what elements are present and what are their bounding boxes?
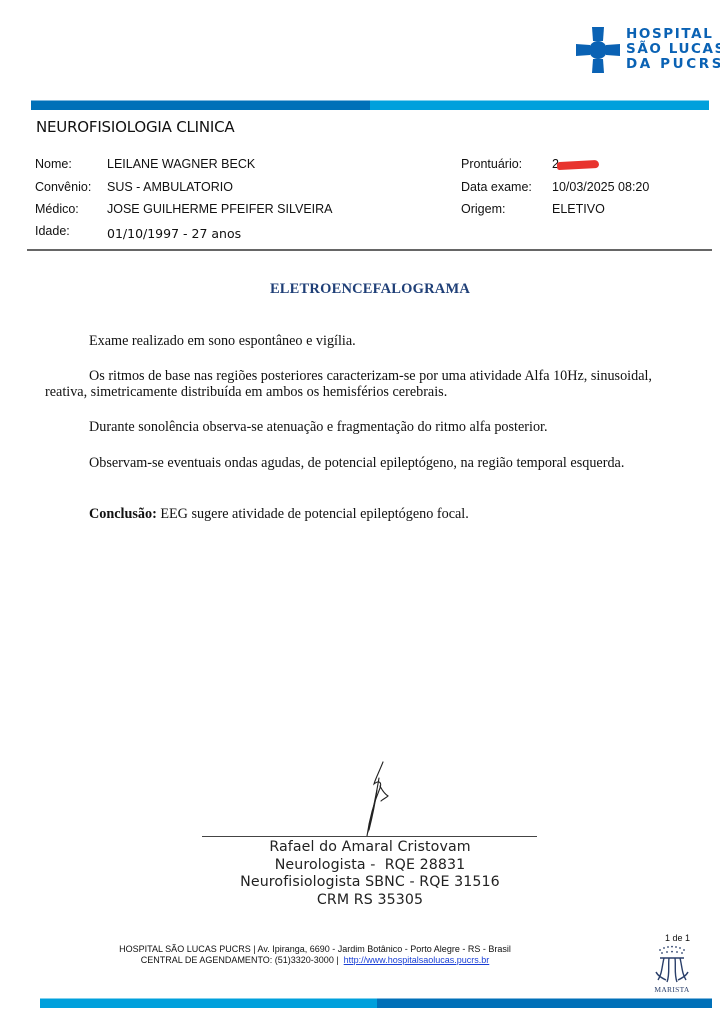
department-title: NEUROFISIOLOGIA CLINICA [36, 118, 234, 136]
hospital-logo: HOSPITAL SÃO LUCAS DA PUCRS [576, 27, 716, 75]
header-separator [27, 249, 712, 251]
idade-label: Idade: [35, 224, 70, 238]
signer-rqe-neurologist: Neurologista - RQE 28831 [190, 857, 550, 875]
idade-value: 01/10/1997 - 27 anos [107, 226, 241, 241]
footer-line-2: CENTRAL DE AGENDAMENTO: (51)3320-3000 | … [60, 955, 570, 966]
medico-label: Médico: [35, 202, 79, 216]
logo-line-3: DA PUCRS [626, 57, 720, 72]
marista-logo: MARISTA [640, 944, 704, 996]
signer-rqe-neurophysiologist: Neurofisiologista SBNC - RQE 31516 [190, 874, 550, 892]
paragraph-rhythm-line2: reativa, simetricamente distribuída em a… [45, 384, 447, 400]
medico-value: JOSE GUILHERME PFEIFER SILVEIRA [107, 202, 333, 216]
paragraph-drowsiness: Durante sonolência observa-se atenuação … [89, 419, 548, 435]
prontuario-label: Prontuário: [461, 157, 522, 171]
footer-address: HOSPITAL SÃO LUCAS PUCRS | Av. Ipiranga,… [60, 944, 570, 966]
conclusion: Conclusão: EEG sugere atividade de poten… [89, 506, 469, 522]
data-exame-label: Data exame: [461, 180, 532, 194]
footer-phone: CENTRAL DE AGENDAMENTO: (51)3320-3000 | [141, 955, 344, 965]
convenio-label: Convênio: [35, 180, 91, 194]
page-number: 1 de 1 [665, 933, 690, 943]
hospital-cross-icon [576, 27, 620, 73]
marista-label: MARISTA [640, 985, 704, 994]
signature-block: Rafael do Amaral Cristovam Neurologista … [190, 839, 550, 909]
header-bar-dark [31, 100, 370, 110]
signature-scribble-icon [355, 760, 405, 840]
report-title: ELETROENCEFALOGRAMA [0, 281, 720, 298]
data-exame-value: 10/03/2025 08:20 [552, 180, 649, 194]
footer-bar-light [40, 998, 377, 1008]
paragraph-sharp-waves: Observam-se eventuais ondas agudas, de p… [89, 455, 624, 471]
footer-bar-dark [377, 998, 712, 1008]
paragraph-rhythm-line1: Os ritmos de base nas regiões posteriore… [89, 368, 652, 384]
signer-name: Rafael do Amaral Cristovam [190, 839, 550, 857]
logo-line-1: HOSPITAL [626, 27, 720, 42]
logo-text: HOSPITAL SÃO LUCAS DA PUCRS [626, 27, 720, 72]
logo-line-2: SÃO LUCAS [626, 42, 720, 57]
prontuario-value: 2 [552, 157, 599, 171]
nome-value: LEILANE WAGNER BECK [107, 157, 255, 171]
redaction-mark [557, 160, 599, 170]
footer-line-1: HOSPITAL SÃO LUCAS PUCRS | Av. Ipiranga,… [60, 944, 570, 955]
convenio-value: SUS - AMBULATORIO [107, 180, 233, 194]
conclusion-text: EEG sugere atividade de potencial epilep… [157, 506, 469, 522]
nome-label: Nome: [35, 157, 72, 171]
paragraph-exam: Exame realizado em sono espontâneo e vig… [89, 333, 356, 349]
origem-label: Origem: [461, 202, 505, 216]
origem-value: ELETIVO [552, 202, 605, 216]
signature-line [202, 836, 537, 837]
conclusion-label: Conclusão: [89, 506, 157, 522]
header-bar-light [370, 100, 709, 110]
signer-crm: CRM RS 35305 [190, 892, 550, 910]
marista-monogram-icon [640, 944, 704, 986]
hospital-website-link[interactable]: http://www.hospitalsaolucas.pucrs.br [344, 955, 490, 965]
